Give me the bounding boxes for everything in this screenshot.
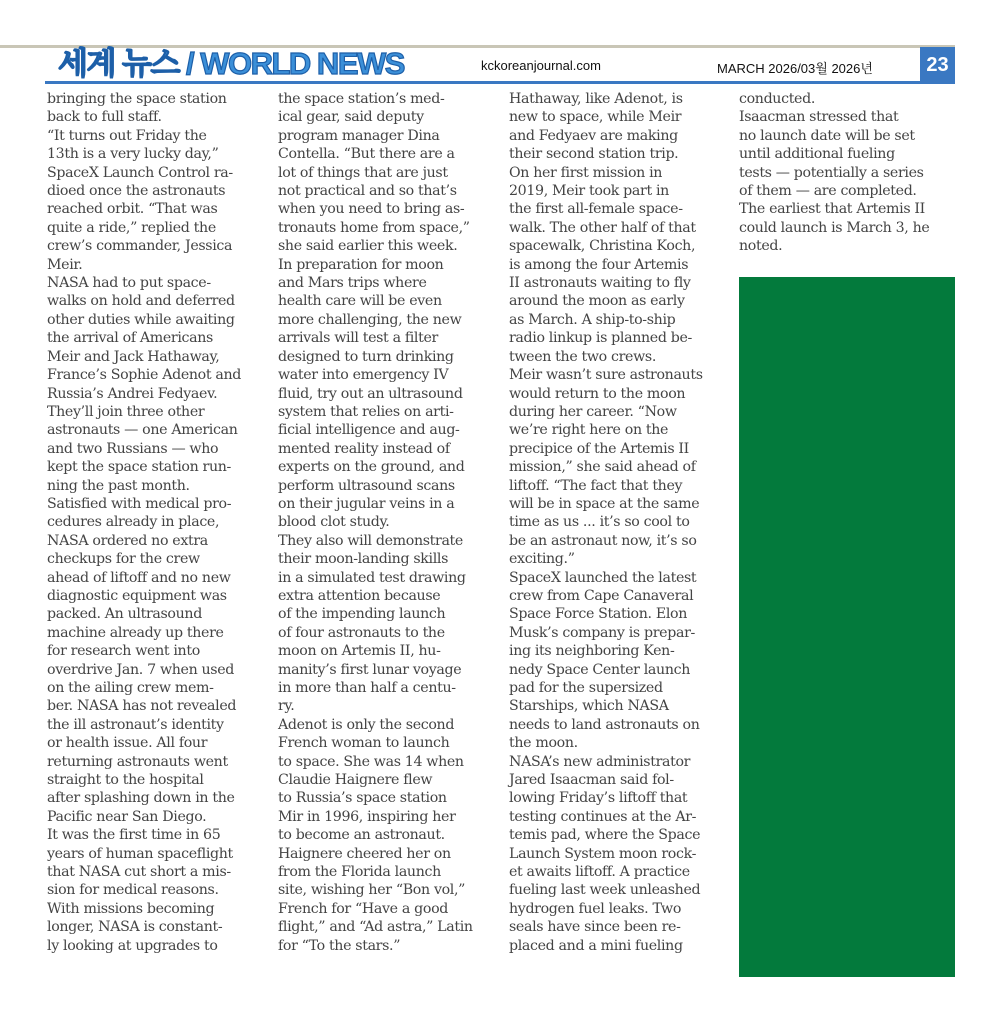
article-line: perform ultrasound scans bbox=[278, 477, 500, 495]
article-line: Musk’s company is prepar- bbox=[509, 624, 731, 642]
article-line: not practical and so that’s bbox=[278, 182, 500, 200]
article-line: Jared Isaacman said fol- bbox=[509, 771, 731, 789]
article-line: the moon. bbox=[509, 734, 731, 752]
article-line: Adenot is only the second bbox=[278, 716, 500, 734]
article-line: time as us ... it’s so cool to bbox=[509, 513, 731, 531]
article-line: of them — are completed. bbox=[739, 182, 961, 200]
article-line: mission,” she said ahead of bbox=[509, 458, 731, 476]
article-line: checkups for the crew bbox=[47, 550, 269, 568]
section-title: 세계 뉴스 / WORLD NEWS bbox=[58, 46, 404, 82]
article-line: Pacific near San Diego. bbox=[47, 808, 269, 826]
article-line: would return to the moon bbox=[509, 385, 731, 403]
article-line: the ill astronaut’s identity bbox=[47, 716, 269, 734]
article-line: Russia’s Andrei Fedyaev. bbox=[47, 385, 269, 403]
article-line: is among the four Artemis bbox=[509, 256, 731, 274]
article-line: sion for medical reasons. bbox=[47, 881, 269, 899]
article-line: NASA had to put space- bbox=[47, 274, 269, 292]
article-line: NASA’s new administrator bbox=[509, 753, 731, 771]
article-line: walks on hold and deferred bbox=[47, 292, 269, 310]
article-line: from the Florida launch bbox=[278, 863, 500, 881]
article-line: ry. bbox=[278, 697, 500, 715]
article-line: astronauts — one American bbox=[47, 421, 269, 439]
article-line: on the ailing crew mem- bbox=[47, 679, 269, 697]
article-line: diagnostic equipment was bbox=[47, 587, 269, 605]
website-label: kckoreanjournal.com bbox=[481, 58, 601, 73]
article-line: walk. The other half of that bbox=[509, 219, 731, 237]
article-line: crew’s commander, Jessica bbox=[47, 237, 269, 255]
article-line: program manager Dina bbox=[278, 127, 500, 145]
article-line: to Russia’s space station bbox=[278, 789, 500, 807]
article-line: machine already up there bbox=[47, 624, 269, 642]
article-line: overdrive Jan. 7 when used bbox=[47, 661, 269, 679]
article-line: tronauts home from space,” bbox=[278, 219, 500, 237]
article-line: ly looking at upgrades to bbox=[47, 937, 269, 955]
article-line: 2019, Meir took part in bbox=[509, 182, 731, 200]
article-line: she said earlier this week. bbox=[278, 237, 500, 255]
article-line: seals have since been re- bbox=[509, 918, 731, 936]
article-column-3: Hathaway, like Adenot, isnew to space, w… bbox=[509, 90, 731, 955]
article-line: the first all-female space- bbox=[509, 200, 731, 218]
article-line: French woman to launch bbox=[278, 734, 500, 752]
article-line: ber. NASA has not revealed bbox=[47, 697, 269, 715]
article-line: SpaceX launched the latest bbox=[509, 569, 731, 587]
article-line: will be in space at the same bbox=[509, 495, 731, 513]
article-line: fluid, try out an ultrasound bbox=[278, 385, 500, 403]
article-line: dioed once the astronauts bbox=[47, 182, 269, 200]
article-line: around the moon as early bbox=[509, 292, 731, 310]
article-line: mented reality instead of bbox=[278, 440, 500, 458]
article-line: kept the space station run- bbox=[47, 458, 269, 476]
article-line: be an astronaut now, it’s so bbox=[509, 532, 731, 550]
article-line: years of human spaceflight bbox=[47, 845, 269, 863]
article-line: Hathaway, like Adenot, is bbox=[509, 90, 731, 108]
article-line: manity’s first lunar voyage bbox=[278, 661, 500, 679]
article-line: Launch System moon rock- bbox=[509, 845, 731, 863]
article-line: ahead of liftoff and no new bbox=[47, 569, 269, 587]
article-line: in a simulated test drawing bbox=[278, 569, 500, 587]
article-line: or health issue. All four bbox=[47, 734, 269, 752]
article-line: NASA ordered no extra bbox=[47, 532, 269, 550]
article-line: Space Force Station. Elon bbox=[509, 605, 731, 623]
article-line: Meir wasn’t sure astronauts bbox=[509, 366, 731, 384]
article-line: to space. She was 14 when bbox=[278, 753, 500, 771]
article-line: until additional fueling bbox=[739, 145, 961, 163]
article-line: cedures already in place, bbox=[47, 513, 269, 531]
article-line: the space station’s med- bbox=[278, 90, 500, 108]
article-line: Starships, which NASA bbox=[509, 697, 731, 715]
article-line: placed and a mini fueling bbox=[509, 937, 731, 955]
article-line: Isaacman stressed that bbox=[739, 108, 961, 126]
article-line: ficial intelligence and aug- bbox=[278, 421, 500, 439]
article-line: hydrogen fuel leaks. Two bbox=[509, 900, 731, 918]
article-line: quite a ride,” replied the bbox=[47, 219, 269, 237]
article-line: the arrival of Americans bbox=[47, 329, 269, 347]
article-line: On her first mission in bbox=[509, 164, 731, 182]
article-line: liftoff. “The fact that they bbox=[509, 477, 731, 495]
article-line: noted. bbox=[739, 237, 961, 255]
article-line: for research went into bbox=[47, 642, 269, 660]
article-line: They’ll join three other bbox=[47, 403, 269, 421]
article-line: “It turns out Friday the bbox=[47, 127, 269, 145]
article-line: needs to land astronauts on bbox=[509, 716, 731, 734]
article-line: to become an astronaut. bbox=[278, 826, 500, 844]
green-ad-block bbox=[739, 277, 955, 977]
article-line: site, wishing her “Bon vol,” bbox=[278, 881, 500, 899]
article-line: Haignere cheered her on bbox=[278, 845, 500, 863]
article-line: and Mars trips where bbox=[278, 274, 500, 292]
article-line: Meir. bbox=[47, 256, 269, 274]
article-line: exciting.” bbox=[509, 550, 731, 568]
header-underline bbox=[45, 81, 921, 84]
article-line: of four astronauts to the bbox=[278, 624, 500, 642]
article-line: water into emergency IV bbox=[278, 366, 500, 384]
article-line: reached orbit. “That was bbox=[47, 200, 269, 218]
article-line: ical gear, said deputy bbox=[278, 108, 500, 126]
article-line: pad for the supersized bbox=[509, 679, 731, 697]
article-line: straight to the hospital bbox=[47, 771, 269, 789]
article-line: back to full staff. bbox=[47, 108, 269, 126]
article-line: experts on the ground, and bbox=[278, 458, 500, 476]
issue-date: MARCH 2026/03월 2026년 bbox=[717, 58, 873, 77]
article-line: et awaits liftoff. A practice bbox=[509, 863, 731, 881]
article-line: system that relies on arti- bbox=[278, 403, 500, 421]
article-line: precipice of the Artemis II bbox=[509, 440, 731, 458]
article-column-4: conducted.Isaacman stressed thatno launc… bbox=[739, 90, 961, 256]
article-line: arrivals will test a filter bbox=[278, 329, 500, 347]
article-line: as March. A ship-to-ship bbox=[509, 311, 731, 329]
article-line: health care will be even bbox=[278, 292, 500, 310]
article-line: when you need to bring as- bbox=[278, 200, 500, 218]
article-line: we’re right here on the bbox=[509, 421, 731, 439]
article-line: other duties while awaiting bbox=[47, 311, 269, 329]
article-line: Meir and Jack Hathaway, bbox=[47, 348, 269, 366]
article-line: during her career. “Now bbox=[509, 403, 731, 421]
article-line: In preparation for moon bbox=[278, 256, 500, 274]
article-line: after splashing down in the bbox=[47, 789, 269, 807]
article-line: blood clot study. bbox=[278, 513, 500, 531]
article-line: and two Russians — who bbox=[47, 440, 269, 458]
article-line: ning the past month. bbox=[47, 477, 269, 495]
article-line: packed. An ultrasound bbox=[47, 605, 269, 623]
article-line: extra attention because bbox=[278, 587, 500, 605]
article-line: no launch date will be set bbox=[739, 127, 961, 145]
article-column-1: bringing the space stationback to full s… bbox=[47, 90, 269, 955]
article-column-2: the space station’s med-ical gear, said … bbox=[278, 90, 500, 955]
article-line: They also will demonstrate bbox=[278, 532, 500, 550]
article-line: returning astronauts went bbox=[47, 753, 269, 771]
article-line: lowing Friday’s liftoff that bbox=[509, 789, 731, 807]
article-line: fueling last week unleashed bbox=[509, 881, 731, 899]
article-line: nedy Space Center launch bbox=[509, 661, 731, 679]
article-line: France’s Sophie Adenot and bbox=[47, 366, 269, 384]
article-line: designed to turn drinking bbox=[278, 348, 500, 366]
article-line: longer, NASA is constant- bbox=[47, 918, 269, 936]
article-line: temis pad, where the Space bbox=[509, 826, 731, 844]
article-line: Contella. “But there are a bbox=[278, 145, 500, 163]
article-line: With missions becoming bbox=[47, 900, 269, 918]
article-line: on their jugular veins in a bbox=[278, 495, 500, 513]
article-line: 13th is a very lucky day,” bbox=[47, 145, 269, 163]
article-line: crew from Cape Canaveral bbox=[509, 587, 731, 605]
article-line: The earliest that Artemis II bbox=[739, 200, 961, 218]
article-line: testing continues at the Ar- bbox=[509, 808, 731, 826]
article-line: It was the first time in 65 bbox=[47, 826, 269, 844]
article-line: French for “Have a good bbox=[278, 900, 500, 918]
article-line: and Fedyaev are making bbox=[509, 127, 731, 145]
article-line: in more than half a centu- bbox=[278, 679, 500, 697]
article-line: of the impending launch bbox=[278, 605, 500, 623]
article-line: moon on Artemis II, hu- bbox=[278, 642, 500, 660]
article-line: flight,” and “Ad astra,” Latin bbox=[278, 918, 500, 936]
article-line: lot of things that are just bbox=[278, 164, 500, 182]
article-line: Claudie Haignere flew bbox=[278, 771, 500, 789]
article-line: Mir in 1996, inspiring her bbox=[278, 808, 500, 826]
article-line: their moon-landing skills bbox=[278, 550, 500, 568]
page-number-badge: 23 bbox=[920, 47, 955, 84]
article-line: could launch is March 3, he bbox=[739, 219, 961, 237]
article-line: II astronauts waiting to fly bbox=[509, 274, 731, 292]
article-line: bringing the space station bbox=[47, 90, 269, 108]
article-line: ing its neighboring Ken- bbox=[509, 642, 731, 660]
article-line: tween the two crews. bbox=[509, 348, 731, 366]
article-line: that NASA cut short a mis- bbox=[47, 863, 269, 881]
article-line: radio linkup is planned be- bbox=[509, 329, 731, 347]
article-line: their second station trip. bbox=[509, 145, 731, 163]
article-line: more challenging, the new bbox=[278, 311, 500, 329]
article-line: new to space, while Meir bbox=[509, 108, 731, 126]
article-line: Satisfied with medical pro- bbox=[47, 495, 269, 513]
article-line: SpaceX Launch Control ra- bbox=[47, 164, 269, 182]
article-line: tests — potentially a series bbox=[739, 164, 961, 182]
article-line: spacewalk, Christina Koch, bbox=[509, 237, 731, 255]
article-line: for “To the stars.” bbox=[278, 937, 500, 955]
article-line: conducted. bbox=[739, 90, 961, 108]
